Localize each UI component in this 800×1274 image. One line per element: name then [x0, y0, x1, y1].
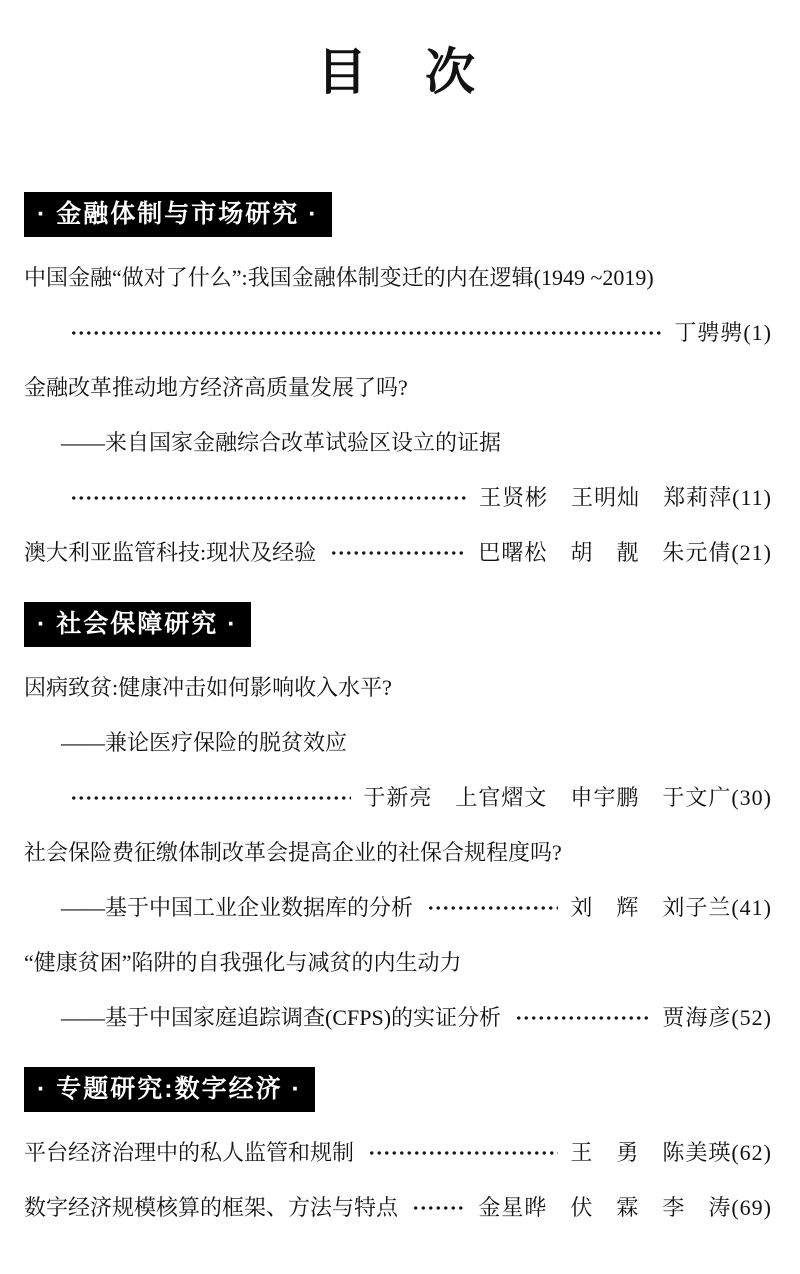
- article-title-row: 中国金融“做对了什么”:我国金融体制变迁的内在逻辑(1949 ~2019): [24, 263, 772, 293]
- article-subtitle: ——基于中国工业企业数据库的分析: [61, 893, 413, 923]
- article-title-leader-row: 澳大利亚监管科技:现状及经验 巴曙松 胡 靓 朱元倩(21): [24, 538, 772, 568]
- section-header: · 专题研究:数字经济 ·: [24, 1067, 315, 1112]
- article-subtitle-leader-row: ——基于中国工业企业数据库的分析 刘 辉 刘子兰(41): [24, 893, 772, 923]
- article-leader-row: 王贤彬 王明灿 郑莉萍(11): [24, 483, 772, 513]
- article-title: 中国金融“做对了什么”:我国金融体制变迁的内在逻辑(1949 ~2019): [24, 265, 654, 290]
- article-title-leader-row: 平台经济治理中的私人监管和规制 王 勇 陈美瑛(62): [24, 1138, 772, 1168]
- article-title-row: 金融改革推动地方经济高质量发展了吗?: [24, 373, 772, 403]
- article-authors: 于新亮 上官熠文 申宇鹏 于文广(30): [363, 783, 772, 813]
- article-authors: 巴曙松 胡 靓 朱元倩(21): [478, 538, 772, 568]
- article-authors: 丁骋骋(1): [674, 318, 772, 348]
- article-title: 平台经济治理中的私人监管和规制: [24, 1138, 354, 1168]
- article-title: “健康贫困”陷阱的自我强化与减贫的内生动力: [24, 950, 462, 975]
- section-header: · 金融体制与市场研究 ·: [24, 192, 332, 237]
- section-finance: · 金融体制与市场研究 · 中国金融“做对了什么”:我国金融体制变迁的内在逻辑(…: [24, 192, 772, 568]
- article-title-row: “健康贫困”陷阱的自我强化与减贫的内生动力: [24, 948, 772, 978]
- article-subtitle-row: ——兼论医疗保险的脱贫效应: [24, 728, 772, 758]
- article-title: 因病致贫:健康冲击如何影响收入水平?: [24, 675, 392, 700]
- article-title: 社会保险费征缴体制改革会提高企业的社保合规程度吗?: [24, 840, 562, 865]
- section-social-security: · 社会保障研究 · 因病致贫:健康冲击如何影响收入水平? ——兼论医疗保险的脱…: [24, 602, 772, 1033]
- leader-dots: [70, 495, 467, 501]
- article-authors: 王贤彬 王明灿 郑莉萍(11): [479, 483, 772, 513]
- article-title-row: 因病致贫:健康冲击如何影响收入水平?: [24, 673, 772, 703]
- article-subtitle: ——基于中国家庭追踪调查(CFPS)的实证分析: [61, 1003, 501, 1033]
- article-title: 金融改革推动地方经济高质量发展了吗?: [24, 375, 408, 400]
- page-title: 目 次: [24, 42, 772, 102]
- article-subtitle: ——来自国家金融综合改革试验区设立的证据: [61, 430, 501, 455]
- article-leader-row: 于新亮 上官熠文 申宇鹏 于文广(30): [24, 783, 772, 813]
- section-digital-economy: · 专题研究:数字经济 · 平台经济治理中的私人监管和规制 王 勇 陈美瑛(62…: [24, 1067, 772, 1223]
- article-subtitle-row: ——来自国家金融综合改革试验区设立的证据: [24, 428, 772, 458]
- article-authors: 王 勇 陈美瑛(62): [570, 1138, 772, 1168]
- toc-page: 目 次 · 金融体制与市场研究 · 中国金融“做对了什么”:我国金融体制变迁的内…: [0, 0, 800, 1274]
- article-leader-row: 丁骋骋(1): [24, 318, 772, 348]
- leader-dots: [70, 330, 662, 336]
- article-authors: 金星晔 伏 霖 李 涛(69): [478, 1193, 772, 1223]
- section-header-wrap: · 社会保障研究 ·: [24, 602, 772, 647]
- section-header-wrap: · 专题研究:数字经济 ·: [24, 1067, 772, 1112]
- section-header: · 社会保障研究 ·: [24, 602, 251, 647]
- article-title: 数字经济规模核算的框架、方法与特点: [24, 1193, 398, 1223]
- leader-dots: [427, 905, 558, 911]
- article-title-row: 社会保险费征缴体制改革会提高企业的社保合规程度吗?: [24, 838, 772, 868]
- leader-dots: [330, 550, 466, 556]
- leader-dots: [515, 1015, 650, 1021]
- article-title-leader-row: 数字经济规模核算的框架、方法与特点 金星晔 伏 霖 李 涛(69): [24, 1193, 772, 1223]
- article-subtitle-leader-row: ——基于中国家庭追踪调查(CFPS)的实证分析 贾海彦(52): [24, 1003, 772, 1033]
- article-authors: 刘 辉 刘子兰(41): [570, 893, 772, 923]
- article-title: 澳大利亚监管科技:现状及经验: [24, 538, 316, 568]
- article-subtitle: ——兼论医疗保险的脱贫效应: [61, 730, 347, 755]
- leader-dots: [412, 1205, 466, 1211]
- leader-dots: [70, 795, 351, 801]
- article-authors: 贾海彦(52): [662, 1003, 772, 1033]
- leader-dots: [368, 1150, 558, 1156]
- section-header-wrap: · 金融体制与市场研究 ·: [24, 192, 772, 237]
